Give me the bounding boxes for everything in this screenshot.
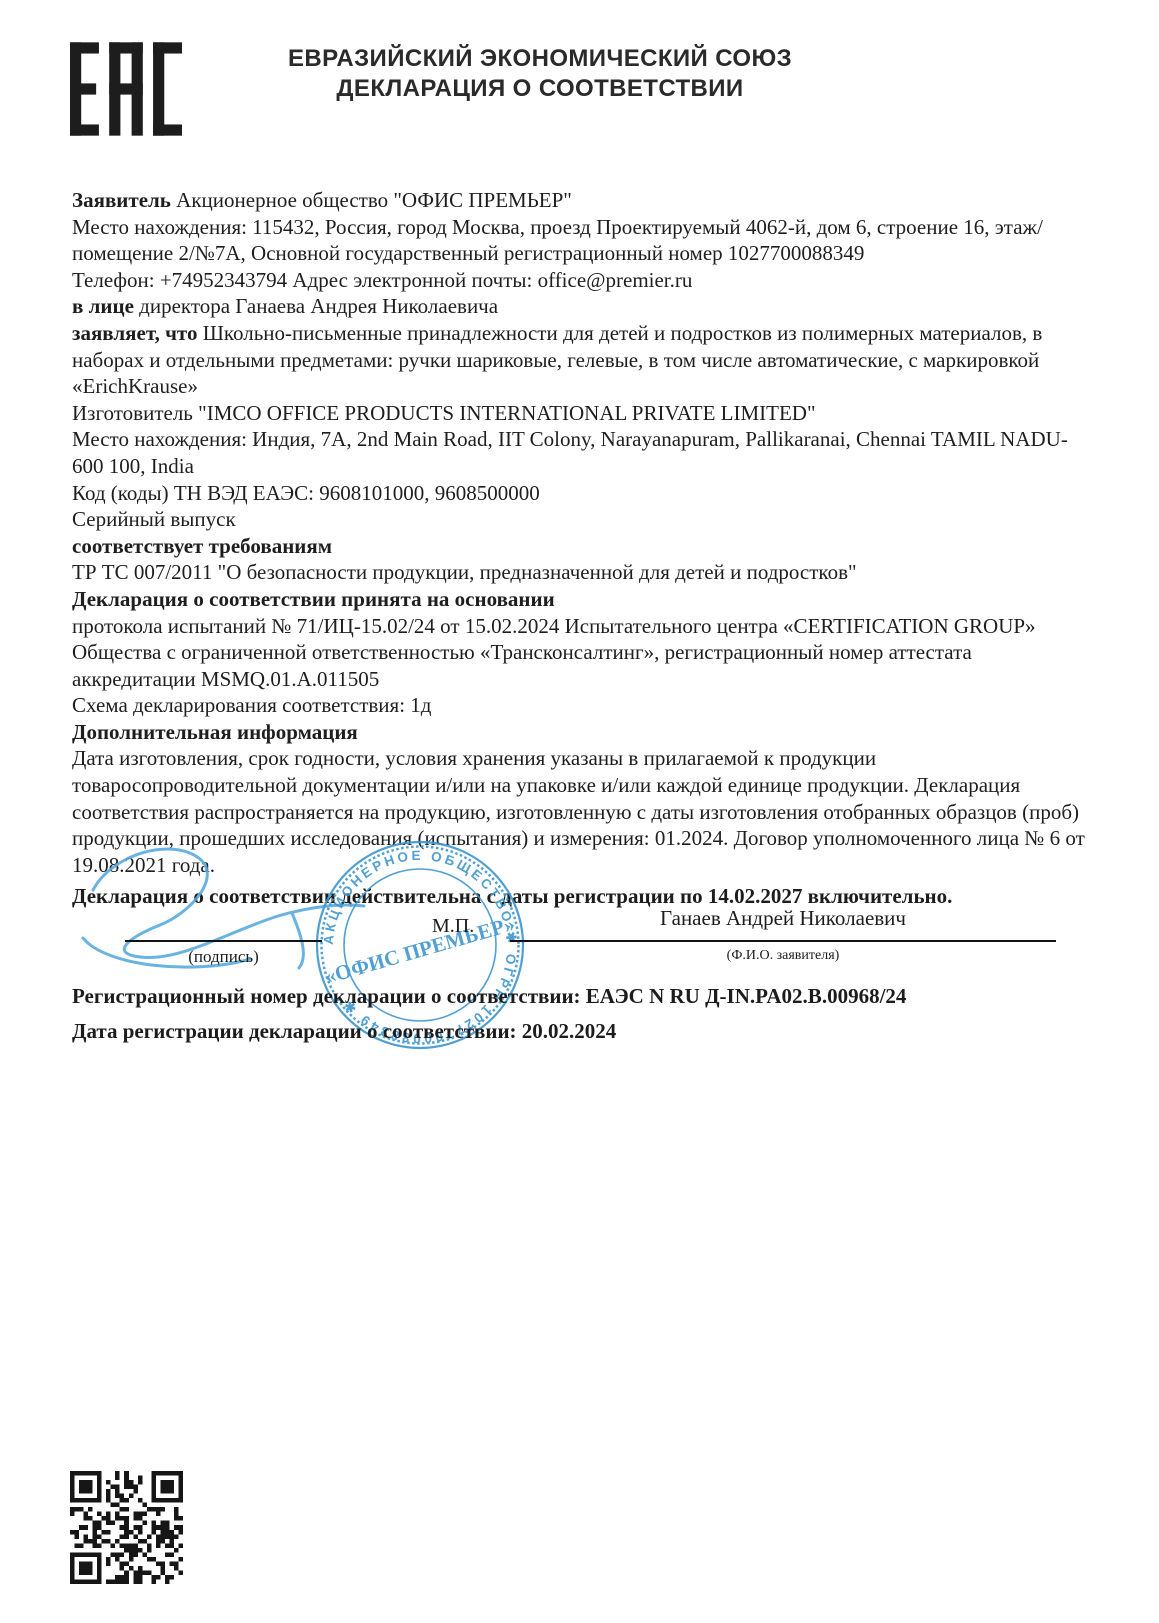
serial-production: Серийный выпуск bbox=[72, 507, 236, 531]
paragraph-manufacturer-address: Место нахождения: Индия, 7А, 2nd Main Ro… bbox=[72, 426, 1100, 479]
product-description: Школьно-письменные принадлежности для де… bbox=[72, 321, 1042, 398]
declaration-document: ЕВРАЗИЙСКИЙ ЭКОНОМИЧЕСКИЙ СОЮЗ ДЕКЛАРАЦИ… bbox=[0, 0, 1159, 1623]
fio-line bbox=[510, 940, 1056, 942]
declaration-scheme: Схема декларирования соответствия: 1д bbox=[72, 693, 431, 717]
paragraph-test-report: протокола испытаний № 71/ИЦ-15.02/24 от … bbox=[72, 613, 1100, 693]
representative-value: директора Ганаева Андрея Николаевича bbox=[139, 294, 498, 318]
paragraph-represented-by: в лице директора Ганаева Андрея Николаев… bbox=[72, 293, 1100, 320]
label-applicant: Заявитель bbox=[72, 188, 171, 212]
registration-number: Регистрационный номер декларации о соотв… bbox=[72, 984, 1132, 1009]
paragraph-technical-regulation: ТР ТС 007/2011 "О безопасности продукции… bbox=[72, 559, 1100, 586]
applicant-fio: Ганаев Андрей Николаевич bbox=[510, 906, 1056, 931]
title-declaration: ДЕКЛАРАЦИЯ О СООТВЕТСТВИИ bbox=[0, 74, 1080, 104]
heading-additional-info: Дополнительная информация bbox=[72, 719, 1100, 746]
test-report: протокола испытаний № 71/ИЦ-15.02/24 от … bbox=[72, 614, 1036, 691]
paragraph-declares: заявляет, что Школьно-письменные принадл… bbox=[72, 320, 1100, 400]
fio-caption: (Ф.И.О. заявителя) bbox=[510, 948, 1056, 964]
paragraph-serial-production: Серийный выпуск bbox=[72, 506, 1100, 533]
additional-info-heading: Дополнительная информация bbox=[72, 720, 358, 744]
tnved-codes: Код (коды) ТН ВЭД ЕАЭС: 9608101000, 9608… bbox=[72, 481, 540, 505]
manufacturer-address: Место нахождения: Индия, 7А, 2nd Main Ro… bbox=[72, 427, 1068, 478]
paragraph-tnved-codes: Код (коды) ТН ВЭД ЕАЭС: 9608101000, 9608… bbox=[72, 480, 1100, 507]
paragraph-applicant-address: Место нахождения: 115432, Россия, город … bbox=[72, 214, 1100, 267]
manufacturer-value: Изготовитель "IMCO OFFICE PRODUCTS INTER… bbox=[72, 401, 816, 425]
technical-regulation: ТР ТС 007/2011 "О безопасности продукции… bbox=[72, 560, 857, 584]
qr-code-icon bbox=[70, 1471, 183, 1584]
declaration-body: Заявитель Акционерное общество "ОФИС ПРЕ… bbox=[72, 187, 1100, 878]
registration-date: Дата регистрации декларации о соответств… bbox=[72, 1019, 1132, 1044]
applicant-value: Акционерное общество "ОФИС ПРЕМЬЕР" bbox=[176, 188, 572, 212]
complies-heading: соответствует требованиям bbox=[72, 534, 332, 558]
page-title: ЕВРАЗИЙСКИЙ ЭКОНОМИЧЕСКИЙ СОЮЗ ДЕКЛАРАЦИ… bbox=[0, 44, 1080, 104]
paragraph-declaration-scheme: Схема декларирования соответствия: 1д bbox=[72, 692, 1100, 719]
paragraph-applicant: Заявитель Акционерное общество "ОФИС ПРЕ… bbox=[72, 187, 1100, 214]
paragraph-manufacturer: Изготовитель "IMCO OFFICE PRODUCTS INTER… bbox=[72, 400, 1100, 427]
heading-adopted-basis: Декларация о соответствии принята на осн… bbox=[72, 586, 1100, 613]
stamp-place-label: М.П. bbox=[432, 915, 474, 938]
label-declares: заявляет, что bbox=[72, 321, 197, 345]
adopted-basis-heading: Декларация о соответствии принята на осн… bbox=[72, 587, 555, 611]
title-union: ЕВРАЗИЙСКИЙ ЭКОНОМИЧЕСКИЙ СОЮЗ bbox=[0, 44, 1080, 74]
applicant-contacts: Телефон: +74952343794 Адрес электронной … bbox=[72, 268, 692, 292]
signature-line bbox=[125, 940, 322, 942]
paragraph-applicant-contacts: Телефон: +74952343794 Адрес электронной … bbox=[72, 267, 1100, 294]
signature-caption: (подпись) bbox=[125, 947, 322, 967]
applicant-address: Место нахождения: 115432, Россия, город … bbox=[72, 215, 1043, 266]
label-represented-by: в лице bbox=[72, 294, 134, 318]
heading-complies-with: соответствует требованиям bbox=[72, 533, 1100, 560]
